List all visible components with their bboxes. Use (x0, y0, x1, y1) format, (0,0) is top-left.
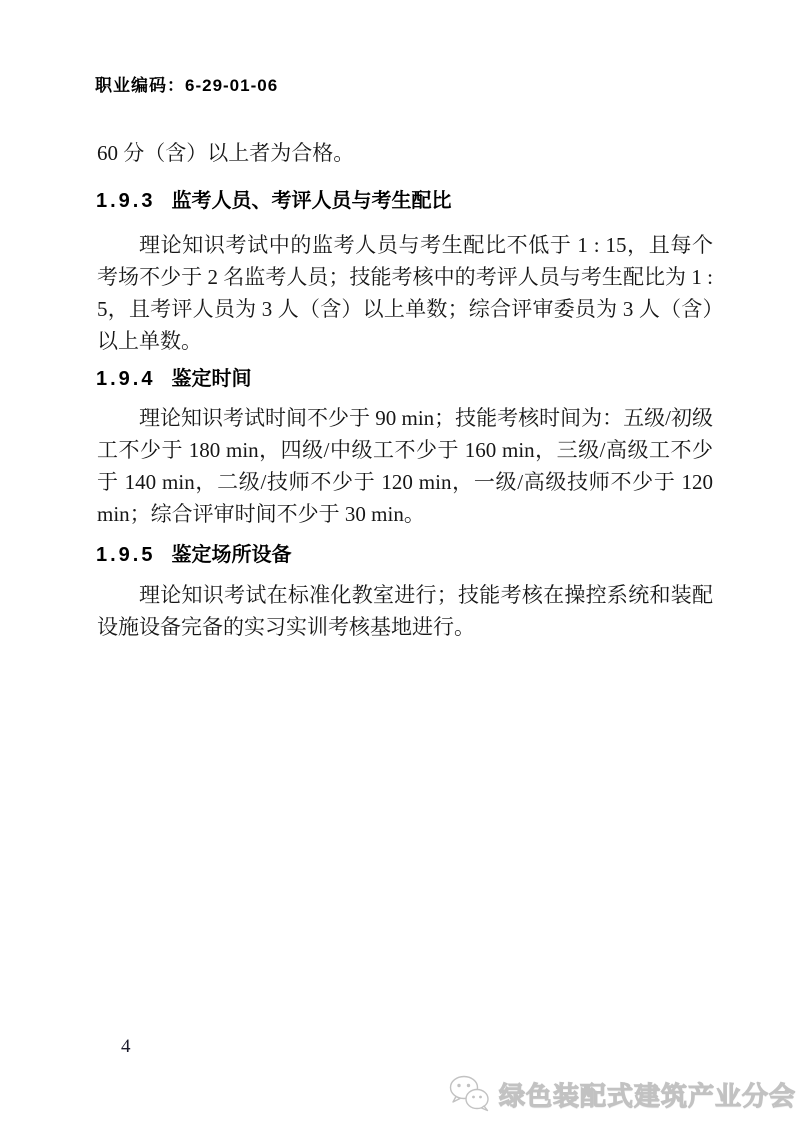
page-number: 4 (121, 1036, 131, 1058)
section-number: 1.9.4 (96, 368, 155, 390)
section-body-1-9-3: 理论知识考试中的监考人员与考生配比不低于 1 : 15，且每个考场不少于 2 名… (97, 229, 713, 357)
section-heading-1-9-3: 1.9.3监考人员、考评人员与考生配比 (96, 184, 451, 213)
document-page: 职业编码：6-29-01-06 60 分（含）以上者为合格。 1.9.3监考人员… (0, 0, 808, 1134)
section-title: 鉴定场所设备 (171, 544, 291, 566)
wechat-icon (448, 1074, 492, 1114)
section-title: 鉴定时间 (171, 368, 251, 390)
intro-line: 60 分（含）以上者为合格。 (97, 140, 713, 166)
section-heading-1-9-4: 1.9.4鉴定时间 (96, 362, 251, 391)
section-number: 1.9.3 (96, 190, 155, 212)
section-body-1-9-5: 理论知识考试在标准化教室进行；技能考核在操控系统和装配设施设备完备的实习实训考核… (97, 579, 713, 643)
job-code-header: 职业编码：6-29-01-06 (95, 71, 278, 96)
section-body-1-9-4: 理论知识考试时间不少于 90 min；技能考核时间为：五级/初级工不少于 180… (97, 402, 713, 530)
watermark: 绿色装配式建筑产业分会 (448, 1074, 796, 1114)
section-title: 监考人员、考评人员与考生配比 (171, 190, 451, 212)
section-number: 1.9.5 (96, 544, 155, 566)
watermark-text: 绿色装配式建筑产业分会 (499, 1076, 796, 1113)
section-heading-1-9-5: 1.9.5鉴定场所设备 (96, 538, 291, 567)
